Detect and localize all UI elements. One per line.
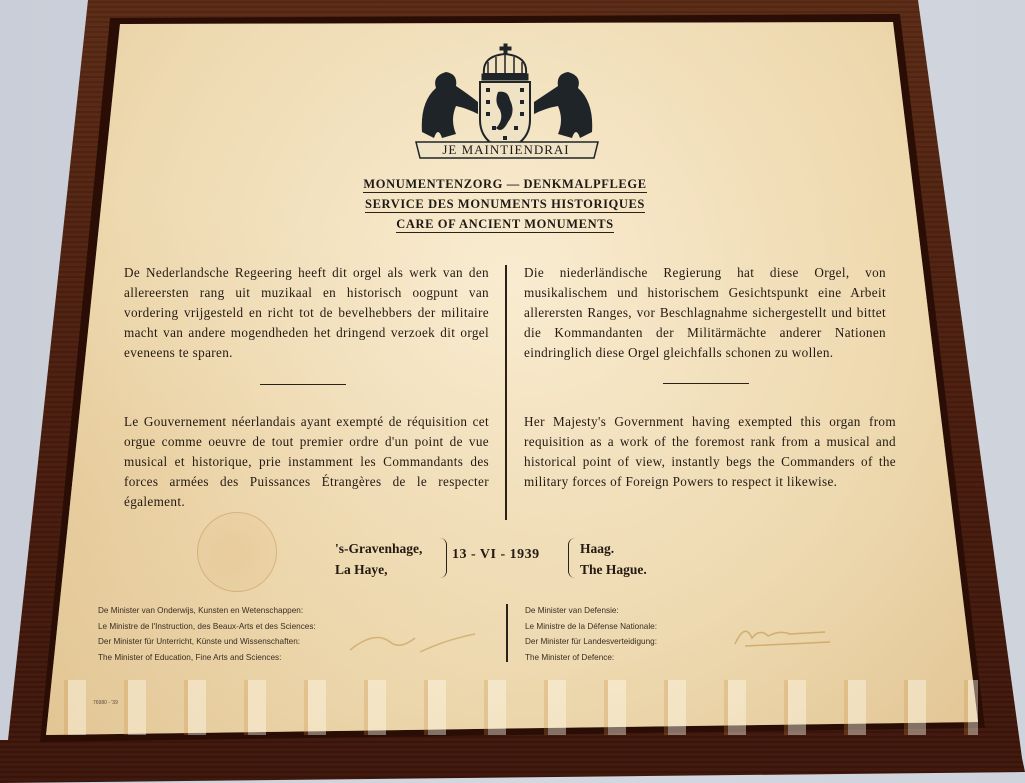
divider-rule — [663, 383, 749, 384]
minister-line: De Minister van Defensie: — [525, 603, 657, 619]
signature-divider — [506, 604, 508, 662]
column-divider — [505, 265, 507, 520]
heading-english: CARE OF ANCIENT MONUMENTS — [300, 217, 710, 232]
paragraph-german: Die niederländische Regierung hat diese … — [524, 263, 886, 363]
brace-right — [568, 538, 575, 578]
crest-motto: JE MAINTIENDRAI — [420, 140, 592, 160]
minister-line: Der Minister für Unterricht, Künste und … — [98, 634, 316, 650]
brace-left — [440, 538, 447, 578]
paragraph-dutch: De Nederlandsche Regeering heeft dit org… — [124, 263, 489, 363]
paragraph-french: Le Gouvernement néerlandais ayant exempt… — [124, 412, 489, 512]
place-left: 's-Gravenhage, La Haye, — [335, 538, 422, 580]
paragraph-english: Her Majesty's Government having exempted… — [524, 412, 896, 492]
signature-defence-icon — [730, 618, 850, 650]
minister-line: The Minister of Defence: — [525, 650, 657, 666]
heading-french: SERVICE DES MONUMENTS HISTORIQUES — [300, 197, 710, 212]
place-right: Haag. The Hague. — [580, 538, 647, 580]
minister-defence-block: De Minister van Defensie: Le Ministre de… — [525, 603, 657, 665]
minister-line: The Minister of Education, Fine Arts and… — [98, 650, 316, 666]
minister-line: De Minister van Onderwijs, Kunsten en We… — [98, 603, 316, 619]
minister-line: Der Minister für Landesverteidigung: — [525, 634, 657, 650]
print-mark: 76980 - '39 — [93, 700, 118, 706]
place-french: La Haye, — [335, 559, 422, 580]
minister-line: Le Ministre de l'Instruction, des Beaux-… — [98, 619, 316, 635]
divider-rule — [260, 384, 346, 385]
place-german: Haag. — [580, 538, 647, 559]
date: 13 - VI - 1939 — [452, 547, 540, 563]
signature-education-icon — [345, 620, 495, 660]
minister-education-block: De Minister van Onderwijs, Kunsten en We… — [98, 603, 316, 665]
embossed-seal-icon — [197, 512, 277, 592]
place-english: The Hague. — [580, 559, 647, 580]
water-stains — [46, 680, 978, 735]
heading-dutch-german: MONUMENTENZORG — DENKMALPFLEGE — [300, 177, 710, 192]
place-dutch: 's-Gravenhage, — [335, 538, 422, 559]
minister-line: Le Ministre de la Défense Nationale: — [525, 619, 657, 635]
